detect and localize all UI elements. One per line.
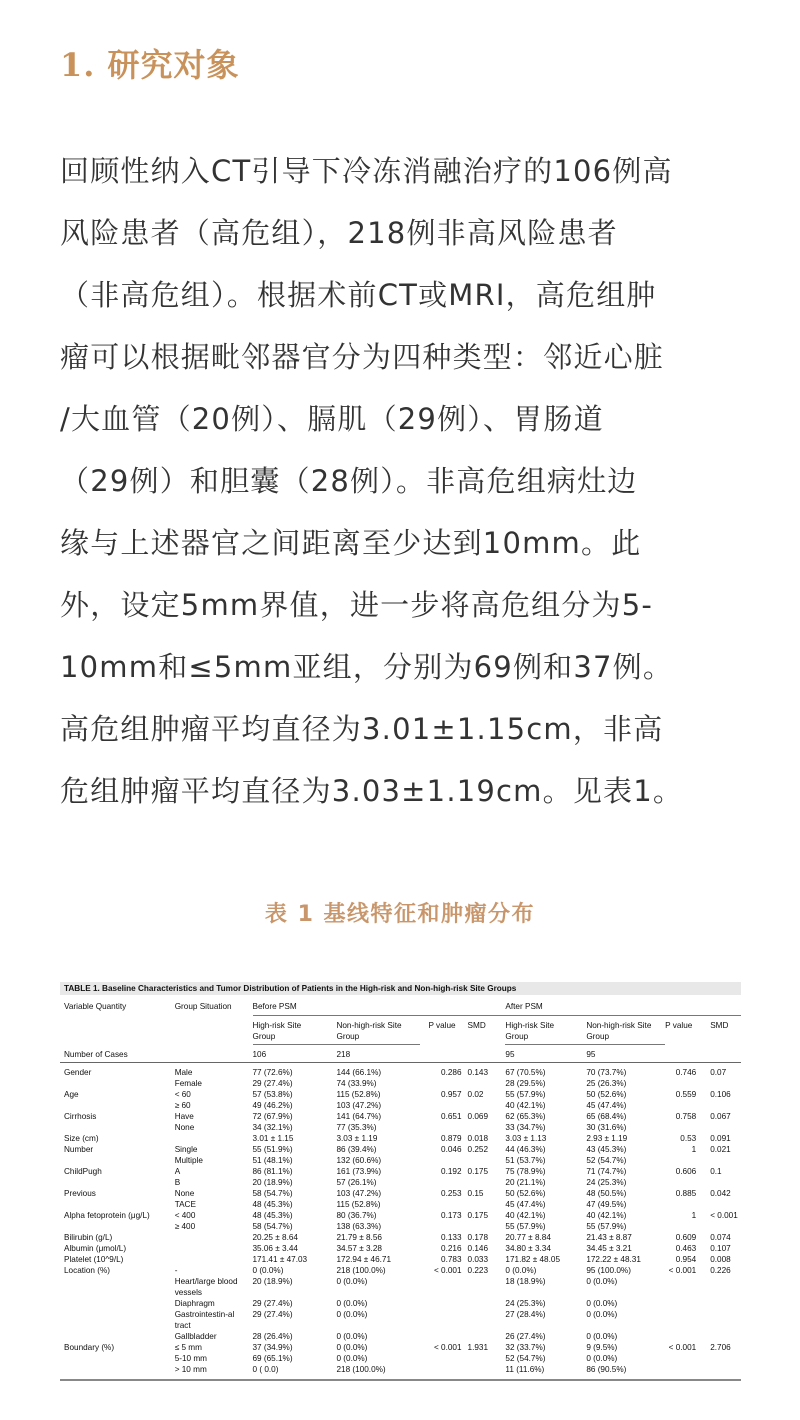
before-high-cell: 171.41 ± 47.03	[253, 1254, 337, 1265]
after-non-cell: 71 (74.7%)	[586, 1166, 665, 1177]
after-p-cell	[665, 1078, 710, 1089]
after-non-cell: 0 (0.0%)	[586, 1276, 665, 1298]
variable-cell: Gender	[60, 1063, 175, 1079]
before-smd-cell	[468, 1309, 506, 1331]
before-smd-cell: 0.252	[468, 1144, 506, 1155]
before-p-cell: 0.783	[420, 1254, 467, 1265]
before-high-cell: 86 (81.1%)	[253, 1166, 337, 1177]
variable-cell: Location (%)	[60, 1265, 175, 1276]
before-high-cell: 58 (54.7%)	[253, 1188, 337, 1199]
paragraph-line: 危组肿瘤平均直径为3.03±1.19cm。见表1。	[60, 760, 750, 822]
before-p-cell	[420, 1298, 467, 1309]
table-row: TACE48 (45.3%)115 (52.8%)45 (47.4%)47 (4…	[60, 1199, 741, 1210]
table-title: TABLE 1. Baseline Characteristics and Tu…	[60, 982, 741, 995]
after-p-cell: 0.954	[665, 1254, 710, 1265]
after-non-cell: 0 (0.0%)	[586, 1309, 665, 1331]
header-after-smd: SMD	[710, 1016, 741, 1045]
before-non-cell: 172.94 ± 46.71	[336, 1254, 420, 1265]
after-non-cell: 86 (90.5%)	[586, 1364, 665, 1375]
group-cell: B	[175, 1177, 253, 1188]
after-high-cell: 28 (29.5%)	[505, 1078, 586, 1089]
group-cell: Gallbladder	[175, 1331, 253, 1342]
before-smd-cell	[468, 1199, 506, 1210]
after-high-cell: 44 (46.3%)	[505, 1144, 586, 1155]
variable-cell: Previous	[60, 1188, 175, 1199]
variable-cell	[60, 1331, 175, 1342]
after-non-cell: 50 (52.6%)	[586, 1089, 665, 1100]
header-before-smd: SMD	[468, 1016, 506, 1045]
after-smd-cell	[710, 1100, 741, 1111]
group-cell	[175, 1232, 253, 1243]
group-cell: < 400	[175, 1210, 253, 1221]
after-smd-cell: 0.074	[710, 1232, 741, 1243]
before-high-cell: 37 (34.9%)	[253, 1342, 337, 1353]
table-row: Boundary (%)≤ 5 mm37 (34.9%)0 (0.0%)< 0.…	[60, 1342, 741, 1353]
before-smd-cell: 0.143	[468, 1063, 506, 1079]
after-high-cell: 40 (42.1%)	[505, 1100, 586, 1111]
after-p-cell: < 0.001	[665, 1265, 710, 1276]
after-high-cell: 24 (25.3%)	[505, 1298, 586, 1309]
before-high-cell: 20.25 ± 8.64	[253, 1232, 337, 1243]
table-row: Gastrointestin-al tract29 (27.4%)0 (0.0%…	[60, 1309, 741, 1331]
after-p-cell	[665, 1199, 710, 1210]
before-non-cell: 0 (0.0%)	[336, 1353, 420, 1364]
after-p-cell: 0.559	[665, 1089, 710, 1100]
before-smd-cell: 1.931	[468, 1342, 506, 1353]
group-cell: Heart/large blood vessels	[175, 1276, 253, 1298]
variable-cell	[60, 1353, 175, 1364]
before-smd-cell	[468, 1122, 506, 1133]
table-row: ≥ 40058 (54.7%)138 (63.3%)55 (57.9%)55 (…	[60, 1221, 741, 1232]
before-high-cell: 49 (46.2%)	[253, 1100, 337, 1111]
before-smd-cell	[468, 1331, 506, 1342]
before-non-cell: 80 (36.7%)	[336, 1210, 420, 1221]
group-cell: Gastrointestin-al tract	[175, 1309, 253, 1331]
before-smd-cell	[468, 1078, 506, 1089]
variable-cell: Number	[60, 1144, 175, 1155]
after-high-cell: 45 (47.4%)	[505, 1199, 586, 1210]
before-p-cell: 0.879	[420, 1133, 467, 1144]
before-high-cell: 58 (54.7%)	[253, 1221, 337, 1232]
paragraph-line: /大血管（20例）、膈肌（29例）、胃肠道	[60, 388, 750, 450]
after-high-cell: 52 (54.7%)	[505, 1353, 586, 1364]
before-non-cell: 141 (64.7%)	[336, 1111, 420, 1122]
before-high-cell: 34 (32.1%)	[253, 1122, 337, 1133]
after-non-cell: 55 (57.9%)	[586, 1221, 665, 1232]
before-p-cell	[420, 1100, 467, 1111]
variable-cell: Cirrhosis	[60, 1111, 175, 1122]
variable-cell	[60, 1078, 175, 1089]
after-p-cell	[665, 1331, 710, 1342]
table-caption: 表 1 基线特征和肿瘤分布	[0, 897, 800, 928]
variable-cell	[60, 1177, 175, 1188]
before-high-cell: 35.06 ± 3.44	[253, 1243, 337, 1254]
before-p-cell: < 0.001	[420, 1342, 467, 1353]
group-cell: Diaphragm	[175, 1298, 253, 1309]
table-row: 5-10 mm69 (65.1%)0 (0.0%)52 (54.7%)0 (0.…	[60, 1353, 741, 1364]
table-row: None34 (32.1%)77 (35.3%)33 (34.7%)30 (31…	[60, 1122, 741, 1133]
before-high-cell: 28 (26.4%)	[253, 1331, 337, 1342]
table-row: Albumin (μmol/L)35.06 ± 3.4434.57 ± 3.28…	[60, 1243, 741, 1254]
after-smd-cell: 0.07	[710, 1063, 741, 1079]
table-row: Female29 (27.4%)74 (33.9%)28 (29.5%)25 (…	[60, 1078, 741, 1089]
before-p-cell	[420, 1364, 467, 1375]
paragraph-line: （29例）和胆囊（28例）。非高危组病灶边	[60, 450, 750, 512]
table-row: Platelet (10^9/L)171.41 ± 47.03172.94 ± …	[60, 1254, 741, 1265]
variable-cell	[60, 1276, 175, 1298]
before-p-cell: 0.651	[420, 1111, 467, 1122]
after-non-cell: 70 (73.7%)	[586, 1063, 665, 1079]
after-smd-cell: 0.008	[710, 1254, 741, 1265]
after-high-cell: 40 (42.1%)	[505, 1210, 586, 1221]
group-cell: TACE	[175, 1199, 253, 1210]
header-after-high: High-risk Site Group	[505, 1016, 586, 1045]
group-cell: Multiple	[175, 1155, 253, 1166]
group-cell: < 60	[175, 1089, 253, 1100]
group-cell: Male	[175, 1063, 253, 1079]
after-p-cell: 0.885	[665, 1188, 710, 1199]
after-high-cell: 50 (52.6%)	[505, 1188, 586, 1199]
paragraph-line: 回顾性纳入CT引导下冷冻消融治疗的106例高	[60, 140, 750, 202]
before-high-cell: 20 (18.9%)	[253, 1276, 337, 1298]
table-row: ChildPughA86 (81.1%)161 (73.9%)0.1920.17…	[60, 1166, 741, 1177]
group-cell: Have	[175, 1111, 253, 1122]
after-smd-cell	[710, 1276, 741, 1298]
before-smd-cell: 0.15	[468, 1188, 506, 1199]
after-p-cell	[665, 1100, 710, 1111]
after-high-cell: 55 (57.9%)	[505, 1221, 586, 1232]
before-p-cell	[420, 1177, 467, 1188]
before-p-cell: 0.957	[420, 1089, 467, 1100]
table-row: ≥ 6049 (46.2%)103 (47.2%)40 (42.1%)45 (4…	[60, 1100, 741, 1111]
after-non-cell: 30 (31.6%)	[586, 1122, 665, 1133]
before-smd-cell	[468, 1221, 506, 1232]
before-p-cell: 0.133	[420, 1232, 467, 1243]
after-smd-cell	[710, 1122, 741, 1133]
after-smd-cell	[710, 1353, 741, 1364]
before-p-cell	[420, 1155, 467, 1166]
group-cell: ≥ 400	[175, 1221, 253, 1232]
group-cell: Single	[175, 1144, 253, 1155]
before-non-cell: 115 (52.8%)	[336, 1089, 420, 1100]
before-smd-cell: 0.223	[468, 1265, 506, 1276]
before-smd-cell: 0.02	[468, 1089, 506, 1100]
after-p-cell	[665, 1155, 710, 1166]
after-smd-cell: 0.226	[710, 1265, 741, 1276]
table-row: Diaphragm29 (27.4%)0 (0.0%)24 (25.3%)0 (…	[60, 1298, 741, 1309]
before-non-cell: 115 (52.8%)	[336, 1199, 420, 1210]
before-high-cell: 29 (27.4%)	[253, 1309, 337, 1331]
after-smd-cell	[710, 1221, 741, 1232]
after-p-cell: 0.758	[665, 1111, 710, 1122]
after-non-cell: 2.93 ± 1.19	[586, 1133, 665, 1144]
header-after-psm: After PSM	[505, 995, 741, 1016]
before-smd-cell	[468, 1100, 506, 1111]
group-cell: A	[175, 1166, 253, 1177]
variable-cell: Size (cm)	[60, 1133, 175, 1144]
variable-cell	[60, 1155, 175, 1166]
after-p-cell: 0.606	[665, 1166, 710, 1177]
before-p-cell	[420, 1331, 467, 1342]
variable-cell	[60, 1100, 175, 1111]
after-smd-cell: 0.042	[710, 1188, 741, 1199]
after-smd-cell	[710, 1199, 741, 1210]
before-high-cell: 0 (0.0%)	[253, 1265, 337, 1276]
after-non-cell: 34.45 ± 3.21	[586, 1243, 665, 1254]
group-cell	[175, 1133, 253, 1144]
before-smd-cell: 0.175	[468, 1166, 506, 1177]
before-high-cell: 48 (45.3%)	[253, 1199, 337, 1210]
after-smd-cell	[710, 1155, 741, 1166]
after-high-cell: 67 (70.5%)	[505, 1063, 586, 1079]
variable-cell: Boundary (%)	[60, 1342, 175, 1353]
after-p-cell: 1	[665, 1210, 710, 1221]
before-non-cell: 218 (100.0%)	[336, 1364, 420, 1375]
after-high-cell: 75 (78.9%)	[505, 1166, 586, 1177]
before-non-cell: 144 (66.1%)	[336, 1063, 420, 1079]
after-smd-cell	[710, 1078, 741, 1089]
after-non-cell: 9 (9.5%)	[586, 1342, 665, 1353]
after-non-cell: 65 (68.4%)	[586, 1111, 665, 1122]
group-cell: None	[175, 1122, 253, 1133]
after-smd-cell: 0.1	[710, 1166, 741, 1177]
after-high-cell: 11 (11.6%)	[505, 1364, 586, 1375]
after-smd-cell: < 0.001	[710, 1210, 741, 1221]
after-high-cell: 20 (21.1%)	[505, 1177, 586, 1188]
after-smd-cell: 0.067	[710, 1111, 741, 1122]
body-paragraph: 回顾性纳入CT引导下冷冻消融治疗的106例高风险患者（高危组），218例非高风险…	[60, 140, 750, 822]
before-high-cell: 29 (27.4%)	[253, 1078, 337, 1089]
after-smd-cell: 0.091	[710, 1133, 741, 1144]
table-row: Location (%)-0 (0.0%)218 (100.0%)< 0.001…	[60, 1265, 741, 1276]
before-smd-cell	[468, 1155, 506, 1166]
header-before-high: High-risk Site Group	[253, 1016, 337, 1045]
before-p-cell: 0.286	[420, 1063, 467, 1079]
header-variable: Variable Quantity	[60, 995, 175, 1016]
variable-cell	[60, 1364, 175, 1375]
after-high-cell: 62 (65.3%)	[505, 1111, 586, 1122]
before-p-cell	[420, 1276, 467, 1298]
after-non-cell: 48 (50.5%)	[586, 1188, 665, 1199]
before-non-cell: 161 (73.9%)	[336, 1166, 420, 1177]
before-non-cell: 0 (0.0%)	[336, 1331, 420, 1342]
after-non-cell: 0 (0.0%)	[586, 1331, 665, 1342]
before-non-cell: 86 (39.4%)	[336, 1144, 420, 1155]
variable-cell: ChildPugh	[60, 1166, 175, 1177]
before-high-cell: 51 (48.1%)	[253, 1155, 337, 1166]
after-smd-cell: 0.107	[710, 1243, 741, 1254]
table-row: Gallbladder28 (26.4%)0 (0.0%)26 (27.4%)0…	[60, 1331, 741, 1342]
cases-before-high: 106	[253, 1045, 337, 1063]
after-non-cell: 45 (47.4%)	[586, 1100, 665, 1111]
after-smd-cell	[710, 1364, 741, 1375]
variable-cell	[60, 1199, 175, 1210]
before-p-cell	[420, 1353, 467, 1364]
table-grid: Variable Quantity Group Situation Before…	[60, 995, 741, 1375]
paragraph-line: 瘤可以根据毗邻器官分为四种类型：邻近心脏	[60, 326, 750, 388]
before-non-cell: 21.79 ± 8.56	[336, 1232, 420, 1243]
after-non-cell: 52 (54.7%)	[586, 1155, 665, 1166]
before-p-cell: 0.192	[420, 1166, 467, 1177]
section-heading: 1. 研究对象	[60, 40, 240, 86]
after-smd-cell	[710, 1309, 741, 1331]
before-smd-cell: 0.033	[468, 1254, 506, 1265]
before-non-cell: 132 (60.6%)	[336, 1155, 420, 1166]
cases-before-non: 218	[336, 1045, 420, 1063]
before-smd-cell	[468, 1353, 506, 1364]
cases-after-non: 95	[586, 1045, 665, 1063]
paragraph-line: 缘与上述器官之间距离至少达到10mm。此	[60, 512, 750, 574]
variable-cell	[60, 1122, 175, 1133]
table-row: PreviousNone58 (54.7%)103 (47.2%)0.2530.…	[60, 1188, 741, 1199]
after-p-cell: < 0.001	[665, 1342, 710, 1353]
before-p-cell: 0.253	[420, 1188, 467, 1199]
after-p-cell: 0.53	[665, 1133, 710, 1144]
after-high-cell: 3.03 ± 1.13	[505, 1133, 586, 1144]
header-before-psm: Before PSM	[253, 995, 506, 1016]
before-high-cell: 0 ( 0.0)	[253, 1364, 337, 1375]
before-smd-cell: 0.018	[468, 1133, 506, 1144]
group-cell	[175, 1243, 253, 1254]
before-high-cell: 57 (53.8%)	[253, 1089, 337, 1100]
before-p-cell	[420, 1221, 467, 1232]
group-cell: 5-10 mm	[175, 1353, 253, 1364]
paragraph-line: 外，设定5mm界值，进一步将高危组分为5-	[60, 574, 750, 636]
after-smd-cell	[710, 1298, 741, 1309]
group-cell	[175, 1254, 253, 1265]
before-non-cell: 0 (0.0%)	[336, 1298, 420, 1309]
paragraph-line: 风险患者（高危组），218例非高风险患者	[60, 202, 750, 264]
before-smd-cell	[468, 1364, 506, 1375]
after-high-cell: 171.82 ± 48.05	[505, 1254, 586, 1265]
group-cell: ≥ 60	[175, 1100, 253, 1111]
after-high-cell: 51 (53.7%)	[505, 1155, 586, 1166]
table-row: > 10 mm0 ( 0.0)218 (100.0%)11 (11.6%)86 …	[60, 1364, 741, 1375]
table-row: GenderMale77 (72.6%)144 (66.1%)0.2860.14…	[60, 1063, 741, 1079]
after-non-cell: 21.43 ± 8.87	[586, 1232, 665, 1243]
after-non-cell: 95 (100.0%)	[586, 1265, 665, 1276]
group-cell: None	[175, 1188, 253, 1199]
after-non-cell: 40 (42.1%)	[586, 1210, 665, 1221]
after-high-cell: 27 (28.4%)	[505, 1309, 586, 1331]
variable-cell	[60, 1298, 175, 1309]
before-high-cell: 29 (27.4%)	[253, 1298, 337, 1309]
after-p-cell	[665, 1298, 710, 1309]
after-high-cell: 0 (0.0%)	[505, 1265, 586, 1276]
table-row: Multiple51 (48.1%)132 (60.6%)51 (53.7%)5…	[60, 1155, 741, 1166]
table-row: Bilirubin (g/L)20.25 ± 8.6421.79 ± 8.560…	[60, 1232, 741, 1243]
table-row: B20 (18.9%)57 (26.1%)20 (21.1%)24 (25.3%…	[60, 1177, 741, 1188]
after-p-cell	[665, 1221, 710, 1232]
after-p-cell	[665, 1276, 710, 1298]
before-high-cell: 55 (51.9%)	[253, 1144, 337, 1155]
before-high-cell: 72 (67.9%)	[253, 1111, 337, 1122]
before-non-cell: 34.57 ± 3.28	[336, 1243, 420, 1254]
after-high-cell: 32 (33.7%)	[505, 1342, 586, 1353]
table-row: NumberSingle55 (51.9%)86 (39.4%)0.0460.2…	[60, 1144, 741, 1155]
before-smd-cell	[468, 1298, 506, 1309]
before-non-cell: 74 (33.9%)	[336, 1078, 420, 1089]
after-non-cell: 25 (26.3%)	[586, 1078, 665, 1089]
header-after-p: P value	[665, 1016, 710, 1045]
table-body: GenderMale77 (72.6%)144 (66.1%)0.2860.14…	[60, 1063, 741, 1376]
before-smd-cell	[468, 1276, 506, 1298]
after-high-cell: 55 (57.9%)	[505, 1089, 586, 1100]
before-non-cell: 0 (0.0%)	[336, 1276, 420, 1298]
before-high-cell: 20 (18.9%)	[253, 1177, 337, 1188]
after-p-cell: 0.609	[665, 1232, 710, 1243]
after-smd-cell: 0.106	[710, 1089, 741, 1100]
after-p-cell	[665, 1364, 710, 1375]
header-after-non: Non-high-risk Site Group	[586, 1016, 665, 1045]
table-bottom-rule	[60, 1379, 741, 1381]
before-p-cell: 0.173	[420, 1210, 467, 1221]
group-cell: Female	[175, 1078, 253, 1089]
before-non-cell: 77 (35.3%)	[336, 1122, 420, 1133]
baseline-table: TABLE 1. Baseline Characteristics and Tu…	[60, 982, 741, 1381]
before-non-cell: 103 (47.2%)	[336, 1100, 420, 1111]
before-p-cell: 0.216	[420, 1243, 467, 1254]
before-non-cell: 218 (100.0%)	[336, 1265, 420, 1276]
variable-cell	[60, 1221, 175, 1232]
after-smd-cell: 2.706	[710, 1342, 741, 1353]
before-high-cell: 77 (72.6%)	[253, 1063, 337, 1079]
before-non-cell: 3.03 ± 1.19	[336, 1133, 420, 1144]
before-non-cell: 57 (26.1%)	[336, 1177, 420, 1188]
after-smd-cell	[710, 1177, 741, 1188]
before-p-cell	[420, 1122, 467, 1133]
after-p-cell: 1	[665, 1144, 710, 1155]
variable-cell: Age	[60, 1089, 175, 1100]
before-smd-cell: 0.069	[468, 1111, 506, 1122]
table-row: Age< 6057 (53.8%)115 (52.8%)0.9570.0255 …	[60, 1089, 741, 1100]
before-p-cell: < 0.001	[420, 1265, 467, 1276]
before-non-cell: 138 (63.3%)	[336, 1221, 420, 1232]
after-p-cell: 0.463	[665, 1243, 710, 1254]
before-p-cell	[420, 1309, 467, 1331]
before-p-cell: 0.046	[420, 1144, 467, 1155]
before-high-cell: 69 (65.1%)	[253, 1353, 337, 1364]
table-row: Alpha fetoprotein (μg/L) < 40048 (45.3%)…	[60, 1210, 741, 1221]
header-before-p: P value	[420, 1016, 467, 1045]
before-high-cell: 3.01 ± 1.15	[253, 1133, 337, 1144]
paragraph-line: （非高危组）。根据术前CT或MRI，高危组肿	[60, 264, 750, 326]
after-p-cell: 0.746	[665, 1063, 710, 1079]
before-non-cell: 0 (0.0%)	[336, 1342, 420, 1353]
before-smd-cell: 0.175	[468, 1210, 506, 1221]
header-group: Group Situation	[175, 995, 253, 1045]
before-high-cell: 48 (45.3%)	[253, 1210, 337, 1221]
variable-cell: Alpha fetoprotein (μg/L)	[60, 1210, 175, 1221]
variable-cell	[60, 1309, 175, 1331]
variable-cell: Platelet (10^9/L)	[60, 1254, 175, 1265]
after-high-cell: 33 (34.7%)	[505, 1122, 586, 1133]
before-smd-cell	[468, 1177, 506, 1188]
paragraph-line: 高危组肿瘤平均直径为3.01±1.15cm，非高	[60, 698, 750, 760]
after-p-cell	[665, 1353, 710, 1364]
table-row: CirrhosisHave72 (67.9%)141 (64.7%)0.6510…	[60, 1111, 741, 1122]
variable-cell: Bilirubin (g/L)	[60, 1232, 175, 1243]
after-smd-cell: 0.021	[710, 1144, 741, 1155]
before-p-cell	[420, 1199, 467, 1210]
variable-cell: Albumin (μmol/L)	[60, 1243, 175, 1254]
after-non-cell: 24 (25.3%)	[586, 1177, 665, 1188]
after-p-cell	[665, 1177, 710, 1188]
table-row: Size (cm)3.01 ± 1.153.03 ± 1.190.8790.01…	[60, 1133, 741, 1144]
before-p-cell	[420, 1078, 467, 1089]
table-row: Heart/large blood vessels20 (18.9%)0 (0.…	[60, 1276, 741, 1298]
group-cell: -	[175, 1265, 253, 1276]
